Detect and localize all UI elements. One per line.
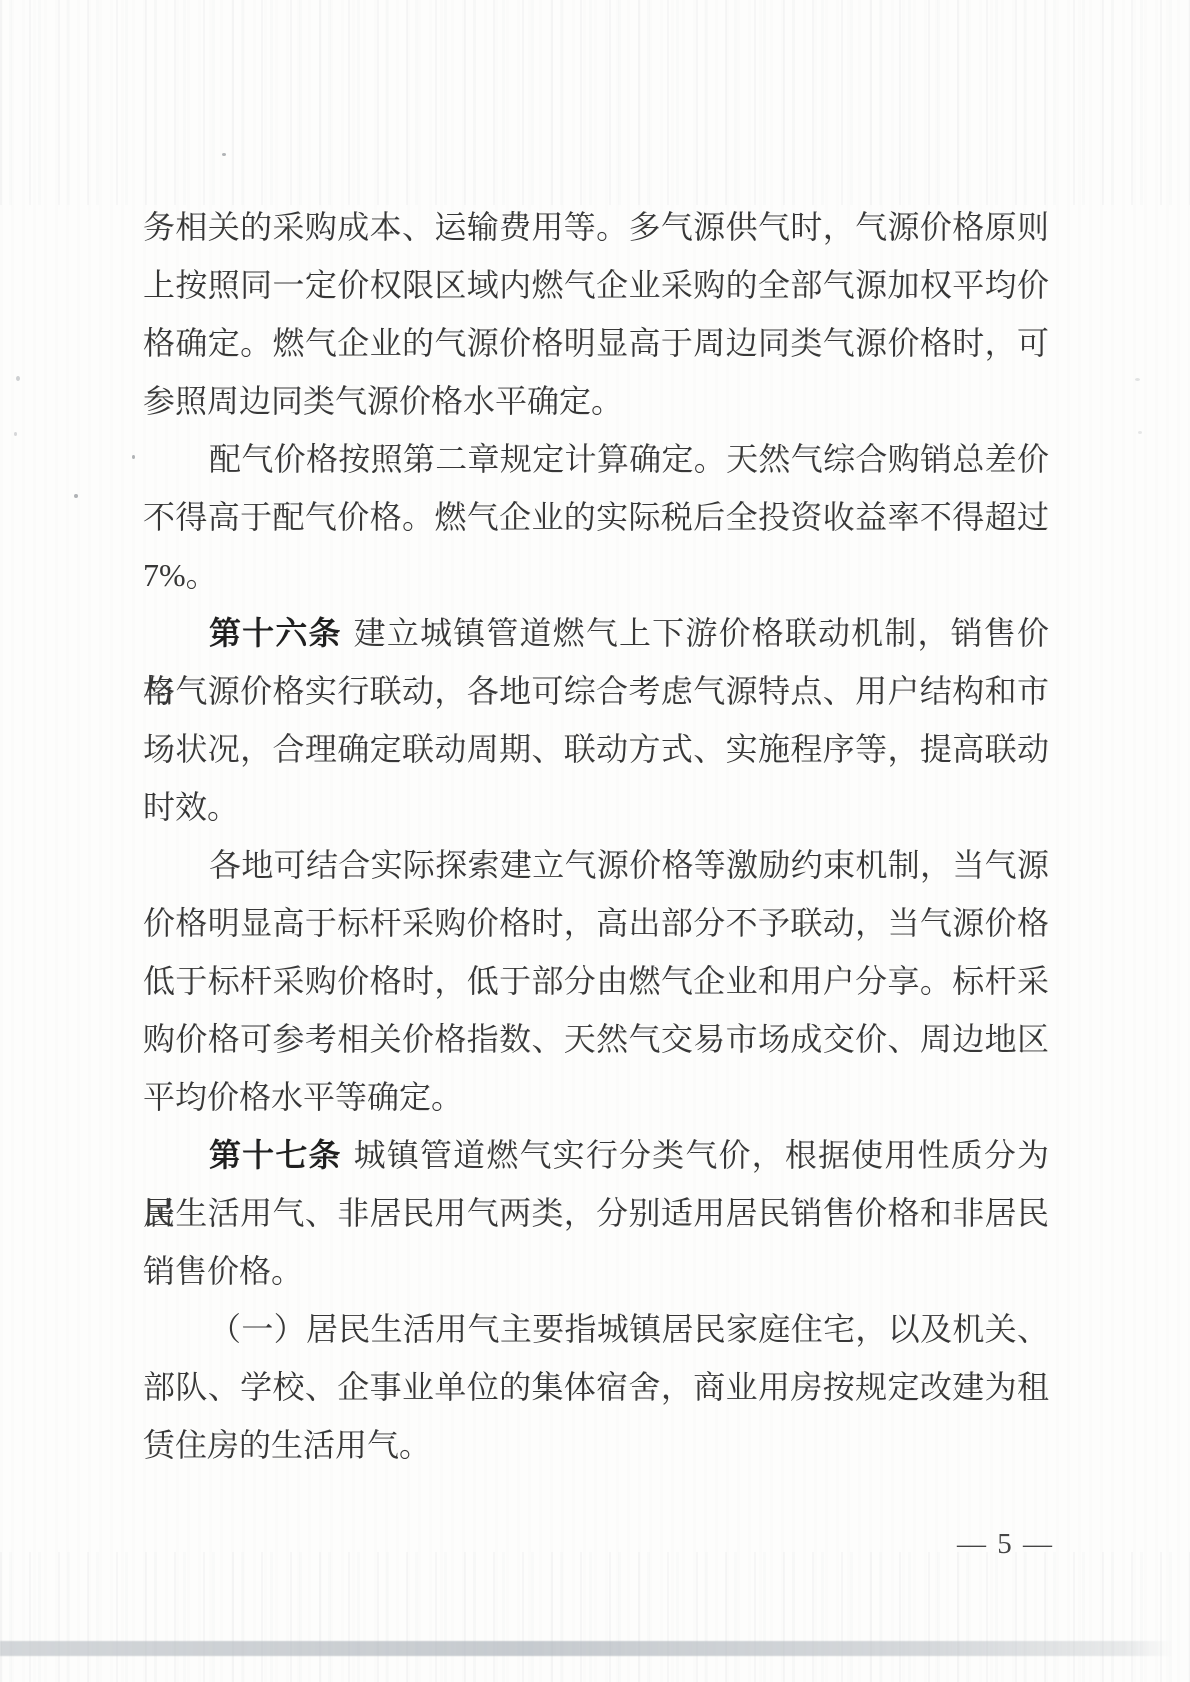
text-line: 购价格可参考相关价格指数、天然气交易市场成交价、周边地区 — [143, 1010, 1049, 1068]
text-line: 价格明显高于标杆采购价格时，高出部分不予联动，当气源价格 — [143, 894, 1049, 952]
scan-shadow-band — [0, 1641, 1172, 1656]
scan-speck — [1135, 378, 1140, 381]
article-number: 第十六条 — [209, 615, 342, 651]
text-line: 参照周边同类气源价格水平确定。 — [143, 372, 1049, 430]
text-line: 场状况，合理确定联动周期、联动方式、实施程序等，提高联动 — [143, 720, 1049, 778]
scan-streak-texture-bottom — [0, 1552, 1190, 1682]
text-line: 民生活用气、非居民用气两类，分别适用居民销售价格和非居民 — [143, 1184, 1049, 1242]
scanned-document-page: 务相关的采购成本、运输费用等。多气源供气时，气源价格原则 上按照同一定价权限区域… — [0, 0, 1190, 1682]
scan-speck — [74, 494, 78, 498]
article-number: 第十七条 — [209, 1137, 342, 1173]
text-line: （一）居民生活用气主要指城镇居民家庭住宅，以及机关、 — [143, 1300, 1049, 1358]
text-line: 低于标杆采购价格时，低于部分由燃气企业和用户分享。标杆采 — [143, 952, 1049, 1010]
scan-speck — [14, 432, 17, 436]
text-line: 配气价格按照第二章规定计算确定。天然气综合购销总差价 — [143, 430, 1049, 488]
document-body: 务相关的采购成本、运输费用等。多气源供气时，气源价格原则 上按照同一定价权限区域… — [143, 198, 1049, 1474]
text-line: 第十七条城镇管道燃气实行分类气价，根据使用性质分为居 — [143, 1126, 1049, 1184]
text-line: 平均价格水平等确定。 — [143, 1068, 1049, 1126]
text-line: 部队、学校、企事业单位的集体宿舍，商业用房按规定改建为租 — [143, 1358, 1049, 1416]
text-line: 各地可结合实际探索建立气源价格等激励约束机制，当气源 — [143, 836, 1049, 894]
text-line: 务相关的采购成本、运输费用等。多气源供气时，气源价格原则 — [143, 198, 1049, 256]
text-line: 7%。 — [143, 546, 1049, 604]
scan-speck — [222, 153, 226, 156]
text-line: 与气源价格实行联动，各地可综合考虑气源特点、用户结构和市 — [143, 662, 1049, 720]
text-line: 上按照同一定价权限区域内燃气企业采购的全部气源加权平均价 — [143, 256, 1049, 314]
text-line: 销售价格。 — [143, 1242, 1049, 1300]
text-line: 赁住房的生活用气。 — [143, 1416, 1049, 1474]
text-line: 第十六条建立城镇管道燃气上下游价格联动机制，销售价格 — [143, 604, 1049, 662]
text-line: 不得高于配气价格。燃气企业的实际税后全投资收益率不得超过 — [143, 488, 1049, 546]
text-line: 时效。 — [143, 778, 1049, 836]
scan-speck — [16, 376, 20, 381]
scan-streak-texture-top — [0, 0, 1190, 205]
text-line: 格确定。燃气企业的气源价格明显高于周边同类气源价格时，可 — [143, 314, 1049, 372]
scan-speck — [1138, 431, 1142, 434]
scan-speck — [132, 455, 135, 459]
page-number: — 5 — — [957, 1528, 1054, 1561]
